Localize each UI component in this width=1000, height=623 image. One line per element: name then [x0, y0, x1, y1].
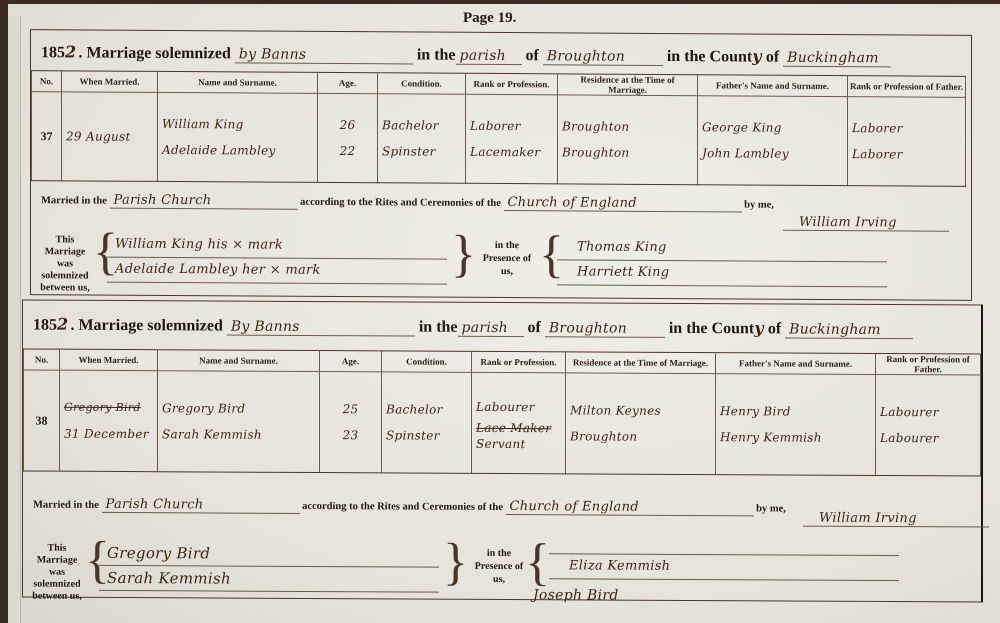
by-me-label: by me,: [744, 199, 774, 210]
rites-church: Church of England: [506, 499, 754, 516]
solemnized-label: This Marriage was solemnized between us,: [37, 234, 93, 294]
of-label: of: [766, 49, 779, 67]
when-married-struck: Gregory Bird: [64, 395, 153, 421]
col-father-rank: Rank or Profession of Father.: [876, 353, 981, 375]
county-label: in the Count: [667, 48, 752, 67]
married-in-label: Married in the: [33, 500, 99, 511]
groom-signature: Gregory Bird: [99, 541, 439, 568]
entry-title-line: 1852. Marriage solemnized by Banns in th…: [41, 42, 961, 72]
county-name: Buckingham: [785, 321, 913, 339]
groom-condition: Bachelor: [382, 112, 461, 138]
col-residence: Residence at the Time of Marriage.: [558, 74, 698, 96]
col-rank: Rank or Profession.: [472, 351, 566, 372]
col-when-married: When Married.: [60, 349, 158, 371]
county-suffix: y: [752, 47, 762, 66]
groom-signature: William King his × mark: [107, 233, 447, 260]
groom-name: William King: [162, 111, 313, 138]
bride-father-profession: Laborer: [852, 141, 961, 168]
col-residence: Residence at the Time of Marriage.: [566, 352, 716, 374]
by-me-label: by me,: [756, 503, 786, 514]
col-condition: Condition.: [382, 351, 472, 372]
bride-condition: Spinster: [386, 422, 467, 448]
in-the-label: in the: [417, 46, 456, 64]
bride-condition: Spinster: [382, 138, 461, 164]
witness-2: Eliza Kemmish: [549, 554, 899, 581]
bride-father-name: John Lambley: [702, 140, 843, 167]
when-married: 29 August: [62, 92, 158, 182]
county-label: in the Count: [669, 320, 754, 338]
groom-residence: Broughton: [562, 113, 693, 140]
groom-profession: Laborer: [470, 113, 553, 140]
groom-father-profession: Labourer: [880, 399, 976, 426]
married-in-line: Married in the Parish Church according t…: [33, 497, 786, 517]
bride-profession: Lacemaker: [470, 139, 553, 166]
groom-father-name: Henry Bird: [720, 398, 871, 425]
bride-signature: Sarah Kemmish: [99, 566, 439, 593]
table-row: 37 29 August William KingAdelaide Lamble…: [32, 92, 966, 187]
couple-signatures: William King his × mark Adelaide Lambley…: [107, 233, 447, 285]
of-label: of: [768, 320, 781, 338]
groom-profession: Labourer: [476, 394, 561, 420]
col-rank: Rank or Profession.: [466, 73, 558, 95]
bride-name: Adelaide Lambley: [162, 137, 313, 164]
solemnized-label: . Marriage solemnized: [70, 317, 222, 336]
year-suffix: 2: [65, 42, 76, 61]
bride-name: Sarah Kemmish: [162, 421, 315, 448]
col-no: No.: [24, 349, 60, 370]
presence-label: in the Presence of us,: [469, 547, 529, 586]
col-father-name: Father's Name and Surname.: [698, 75, 848, 97]
col-age: Age.: [318, 72, 378, 93]
groom-father-profession: Laborer: [852, 115, 961, 142]
parish-name: Broughton: [543, 48, 663, 66]
solemnized-block: This Marriage was solemnized between us,…: [37, 230, 957, 296]
solemnized-label: . Marriage solemnized: [78, 44, 230, 63]
solemnized-by: By Banns: [227, 319, 415, 337]
col-name: Name and Surname.: [158, 71, 318, 93]
col-father-rank: Rank or Profession of Father.: [848, 76, 966, 98]
witness-2: Harriett King: [557, 260, 887, 287]
year-suffix: 2: [57, 315, 68, 334]
parish-name: Broughton: [545, 320, 665, 338]
in-the-label: in the: [419, 319, 458, 337]
marriage-entry-38: 1852. Marriage solemnized By Banns in th…: [22, 299, 983, 602]
register-table: No. When Married. Name and Surname. Age.…: [23, 348, 981, 476]
of-label: of: [528, 319, 541, 337]
married-in-place: Parish Church: [110, 193, 298, 210]
page-number: Page 19.: [463, 10, 516, 27]
groom-residence: Milton Keynes: [570, 397, 711, 424]
bride-signature: Adelaide Lambley her × mark: [107, 258, 447, 285]
witness-brace: {: [525, 537, 550, 589]
groom-father-name: George King: [702, 114, 843, 141]
bride-age: 23: [324, 422, 377, 448]
groom-age: 26: [322, 112, 373, 138]
bride-profession: Servant: [476, 436, 561, 452]
marriage-entry-37: 1852. Marriage solemnized by Banns in th…: [30, 29, 972, 301]
table-row: 38 Gregory Bird31 December Gregory BirdS…: [24, 370, 981, 476]
entry-title-line: 1852. Marriage solemnized By Banns in th…: [33, 315, 971, 344]
married-in-place: Parish Church: [102, 497, 300, 514]
previous-page-edge: [8, 16, 21, 623]
col-age: Age.: [320, 351, 382, 372]
when-married: 31 December: [64, 421, 153, 447]
rites-church: Church of England: [504, 195, 742, 212]
minister-signature: William Irving: [803, 511, 989, 528]
according-label: according to the Rites and Ceremonies of…: [300, 197, 501, 209]
couple-signatures: Gregory Bird Sarah Kemmish: [99, 541, 439, 593]
married-in-label: Married in the: [41, 195, 107, 206]
witness-3: Joseph Bird: [533, 587, 619, 603]
col-when-married: When Married.: [62, 71, 158, 93]
of-label: of: [526, 47, 539, 65]
solemnized-block: This Marriage was solemnized between us,…: [29, 539, 949, 604]
col-name: Name and Surname.: [158, 350, 320, 372]
bride-age: 22: [322, 138, 373, 164]
bride-father-profession: Labourer: [880, 425, 976, 452]
register-page: Page 19. 1852. Marriage solemnized by Ba…: [8, 4, 1000, 623]
parish-word: parish: [458, 320, 524, 337]
groom-name: Gregory Bird: [162, 395, 315, 422]
solemnized-label: This Marriage was solemnized between us,: [29, 543, 85, 603]
parish-word: parish: [456, 48, 522, 65]
witness-signatures: Thomas King Harriett King: [557, 235, 887, 287]
bride-father-name: Henry Kemmish: [720, 424, 871, 451]
witness-signatures: Eliza Kemmish: [549, 543, 899, 581]
bride-residence: Broughton: [562, 139, 693, 166]
minister-signature: William Irving: [783, 215, 949, 232]
year-prefix: 185: [33, 317, 57, 335]
col-father-name: Father's Name and Surname.: [716, 353, 876, 375]
according-label: according to the Rites and Ceremonies of…: [302, 501, 503, 513]
bride-profession-struck: Lace Maker: [476, 420, 561, 436]
solemnized-by: by Banns: [235, 46, 413, 64]
right-brace: }: [443, 537, 468, 589]
groom-condition: Bachelor: [386, 396, 467, 422]
right-brace: }: [451, 229, 476, 281]
groom-age: 25: [324, 396, 377, 422]
entry-number: 37: [32, 92, 62, 181]
married-in-line: Married in the Parish Church according t…: [41, 192, 774, 212]
register-table: No. When Married. Name and Surname. Age.…: [31, 70, 966, 187]
col-no: No.: [32, 71, 62, 92]
witness-1: Thomas King: [557, 235, 887, 262]
bride-residence: Broughton: [570, 423, 711, 450]
year-prefix: 185: [41, 44, 65, 62]
col-condition: Condition.: [378, 73, 466, 95]
presence-label: in the Presence of us,: [477, 239, 537, 278]
county-name: Buckingham: [783, 50, 891, 68]
county-suffix: y: [754, 318, 764, 337]
entry-number: 38: [24, 370, 60, 471]
